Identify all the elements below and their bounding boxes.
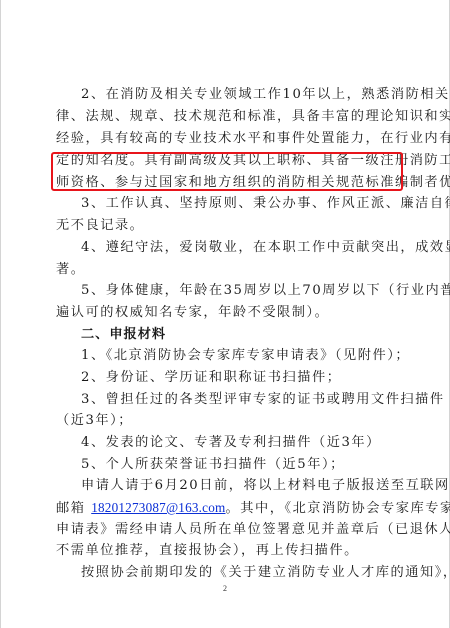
paragraph-4-line-1: 4、遵纪守法，爱岗敬业，在本职工作中贡献突出，成效显	[81, 238, 396, 258]
email-link[interactable]: 18201273087@163.com	[91, 500, 225, 515]
material-item-4: 4、发表的论文、专著及专利扫描件（近3年）	[81, 433, 396, 453]
paragraph-4-line-2: 著。	[56, 260, 396, 280]
document-page: 2、在消防及相关专业领域工作10年以上，熟悉消防相关法 律、法规、规章、技术规范…	[0, 0, 450, 628]
submission-line-3: 申请表》需经申请人员所在单位签署意见并盖章后（已退休人员	[56, 520, 396, 540]
red-highlight-box	[51, 152, 403, 191]
material-item-5: 5、个人所获荣誉证书扫描件（近5年）；	[81, 455, 396, 475]
submission-line-2: 邮箱 18201273087@163.com。其中，《北京消防协会专家库专家	[56, 498, 396, 518]
paragraph-3-line-2: 无不良记录。	[56, 216, 396, 236]
material-item-3-line-2: （近3年）；	[56, 411, 396, 431]
paragraph-5-line-2: 遍认可的权威知名专家，年龄不受限制）。	[56, 303, 396, 323]
submission-line-2-rest: 。其中，《北京消防协会专家库专家	[225, 501, 450, 516]
material-item-2: 2、身份证、学历证和职称证书扫描件；	[81, 368, 396, 388]
paragraph-3-line-1: 3、工作认真、坚持原则、秉公办事、作风正派、廉洁自律、	[81, 194, 396, 214]
email-label: 邮箱	[56, 501, 91, 516]
paragraph-2-line-1: 2、在消防及相关专业领域工作10年以上，熟悉消防相关法	[81, 85, 396, 105]
section-heading-materials: 二、申报材料	[81, 325, 396, 345]
paragraph-2-line-3: 经验，具有较高的专业技术水平和事件处置能力，在行业内有一	[56, 129, 396, 149]
submission-line-1: 申请人请于6月20日前，将以上材料电子版报送至互联网	[81, 476, 396, 496]
paragraph-5-line-1: 5、身体健康，年龄在35周岁以上70周岁以下（行业内普	[81, 281, 396, 301]
notice-line-1: 按照协会前期印发的《关于建立消防专业人才库的通知》，	[81, 563, 396, 583]
material-item-3-line-1: 3、曾担任过的各类型评审专家的证书或聘用文件扫描件	[81, 390, 396, 410]
submission-line-4: 不需单位推荐，直接报协会），再上传扫描件。	[56, 541, 396, 561]
material-item-1: 1、《北京消防协会专家库专家申请表》（见附件）；	[81, 346, 396, 366]
page-number: 2	[220, 584, 230, 593]
paragraph-2-line-2: 律、法规、规章、技术规范和标准，具备丰富的理论知识和实践	[56, 107, 396, 127]
